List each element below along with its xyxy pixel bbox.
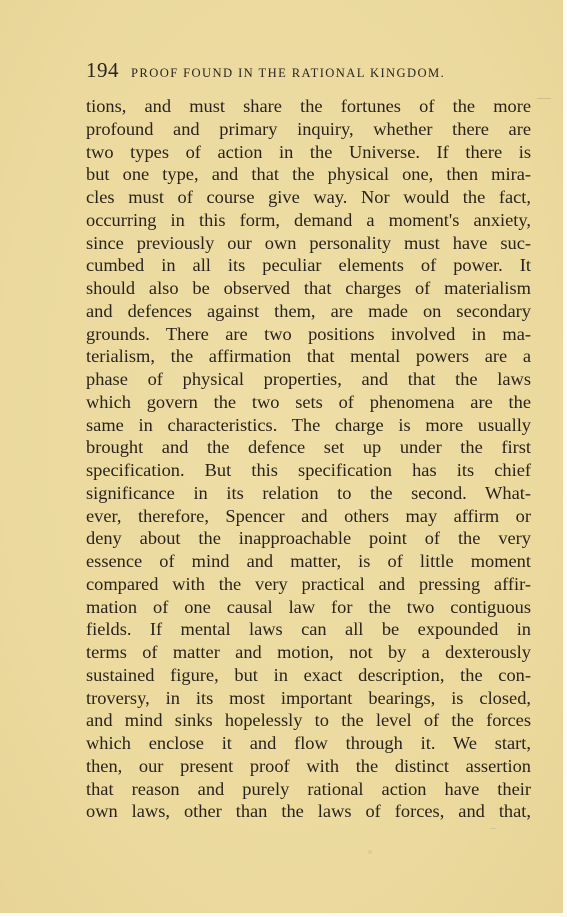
text-line: then, our present proof with the distinc… <box>86 755 531 778</box>
paper-speck <box>368 850 372 854</box>
page-number: 194 <box>86 58 119 82</box>
body-text: tions, and must share the fortunes of th… <box>86 95 531 823</box>
text-line: two types of action in the Universe. If … <box>86 141 531 164</box>
text-line: own laws, other than the laws of forces,… <box>86 800 531 823</box>
text-line: but one type, and that the physical one,… <box>86 163 531 186</box>
text-line: deny about the inapproachable point of t… <box>86 527 531 550</box>
text-line: terialism, the affirmation that mental p… <box>86 345 531 368</box>
text-line: troversy, in its most important bearings… <box>86 687 531 710</box>
paper-speck <box>537 98 551 99</box>
paper-speck <box>490 828 496 829</box>
text-line: which govern the two sets of phenomena a… <box>86 391 531 414</box>
text-line: and defences against them, are made on s… <box>86 300 531 323</box>
text-line: and mind sinks hopelessly to the level o… <box>86 709 531 732</box>
text-line: phase of physical properties, and that t… <box>86 368 531 391</box>
text-line: since previously our own personality mus… <box>86 232 531 255</box>
text-line: mation of one causal law for the two con… <box>86 596 531 619</box>
text-line: significance in its relation to the seco… <box>86 482 531 505</box>
text-line: fields. If mental laws can all be expoun… <box>86 618 531 641</box>
text-line: which enclose it and flow through it. We… <box>86 732 531 755</box>
text-line: terms of matter and motion, not by a dex… <box>86 641 531 664</box>
text-line: should also be observed that charges of … <box>86 277 531 300</box>
text-line: cumbed in all its peculiar elements of p… <box>86 254 531 277</box>
text-line: profound and primary inquiry, whether th… <box>86 118 531 141</box>
text-line: grounds. There are two positions involve… <box>86 323 531 346</box>
text-line: sustained figure, but in exact descripti… <box>86 664 531 687</box>
running-head: 194 PROOF FOUND IN THE RATIONAL KINGDOM. <box>86 58 536 84</box>
text-line: essence of mind and matter, is of little… <box>86 550 531 573</box>
running-title: PROOF FOUND IN THE RATIONAL KINGDOM. <box>131 66 445 80</box>
text-line: cles must of course give way. Nor would … <box>86 186 531 209</box>
text-line: tions, and must share the fortunes of th… <box>86 95 531 118</box>
text-line: specification. But this specification ha… <box>86 459 531 482</box>
book-page: 194 PROOF FOUND IN THE RATIONAL KINGDOM.… <box>0 0 563 913</box>
text-line: that reason and purely rational action h… <box>86 778 531 801</box>
text-line: brought and the defence set up under the… <box>86 436 531 459</box>
text-line: compared with the very practical and pre… <box>86 573 531 596</box>
text-line: same in characteristics. The charge is m… <box>86 414 531 437</box>
text-line: ever, therefore, Spencer and others may … <box>86 505 531 528</box>
text-line: occurring in this form, demand a moment'… <box>86 209 531 232</box>
